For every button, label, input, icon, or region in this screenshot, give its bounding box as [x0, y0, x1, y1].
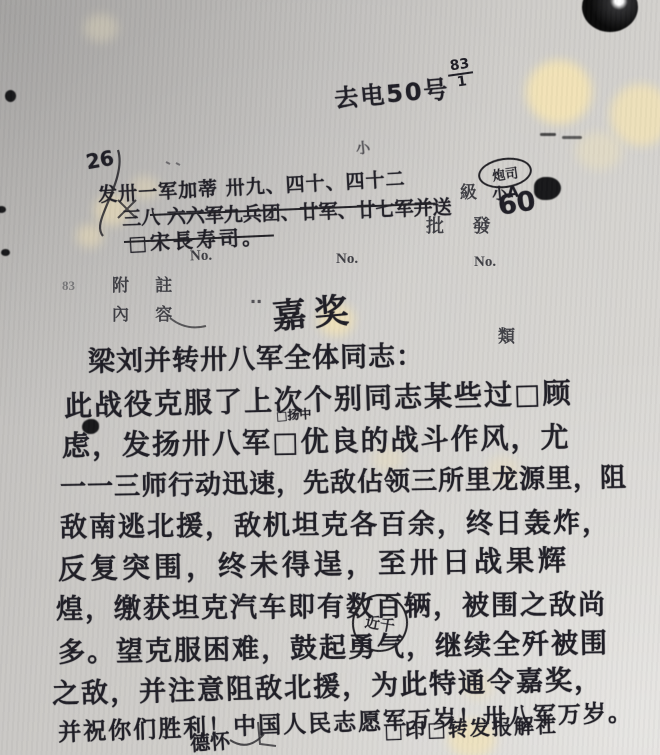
ink-speck: [5, 90, 16, 102]
form-category-label: 類: [498, 322, 515, 347]
ink-speck: [540, 133, 556, 136]
subject-commendation: 嘉奖: [270, 282, 358, 338]
stain: [576, 132, 622, 170]
stain: [76, 224, 104, 248]
stain: [84, 14, 118, 42]
bottom-note: □印□转发报解社: [384, 709, 559, 744]
note-dots: ··: [250, 292, 262, 311]
body-line: 煌，缴获坦克汽车即有数百辆，被围之敌尚: [56, 583, 607, 627]
body-insert-small: □扬中: [275, 405, 311, 424]
stain: [610, 84, 660, 146]
fraction-denominator: 1: [456, 74, 468, 89]
document-photo: 級 批 發 No. No. No. 83 附 註 內 容 類 去电50号 83 …: [0, 0, 660, 755]
ink-ball: [582, 0, 638, 32]
form-faint-number: 83: [62, 278, 75, 294]
form-grade-label: 級: [460, 178, 477, 203]
ink-speck: [1, 249, 10, 256]
salutation-line: 梁刘并转卅八军全体同志：: [88, 334, 425, 379]
form-no-label: No.: [474, 254, 496, 271]
body-line: 敌南逃北援，敌机坦克各百余，终日轰炸，: [60, 501, 611, 545]
form-note-label: 附 註: [112, 271, 183, 296]
body-line: 一一三师行动迅速，先敌佔领三所里龙源里，阻: [60, 457, 628, 504]
ink-blot: [534, 177, 561, 200]
form-no-label: No.: [336, 251, 358, 268]
body-line: 反复突围，终未得逞，至卅日战果辉: [58, 539, 571, 588]
pencil-small-mark: 小: [355, 137, 371, 158]
form-content-label: 內 容: [112, 300, 183, 325]
top-note: 去电50号: [333, 69, 451, 114]
date-mark: 26: [84, 146, 116, 174]
dispatch-number: 60: [496, 185, 538, 221]
body-line: 虑，发扬卅八军□优良的战斗作风，尤: [62, 416, 571, 465]
stain: [526, 60, 592, 124]
ink-speck: [0, 206, 6, 213]
signature: 德怀: [189, 725, 231, 755]
top-note-fraction: 83 1: [446, 56, 476, 90]
ink-speck: [562, 136, 582, 139]
